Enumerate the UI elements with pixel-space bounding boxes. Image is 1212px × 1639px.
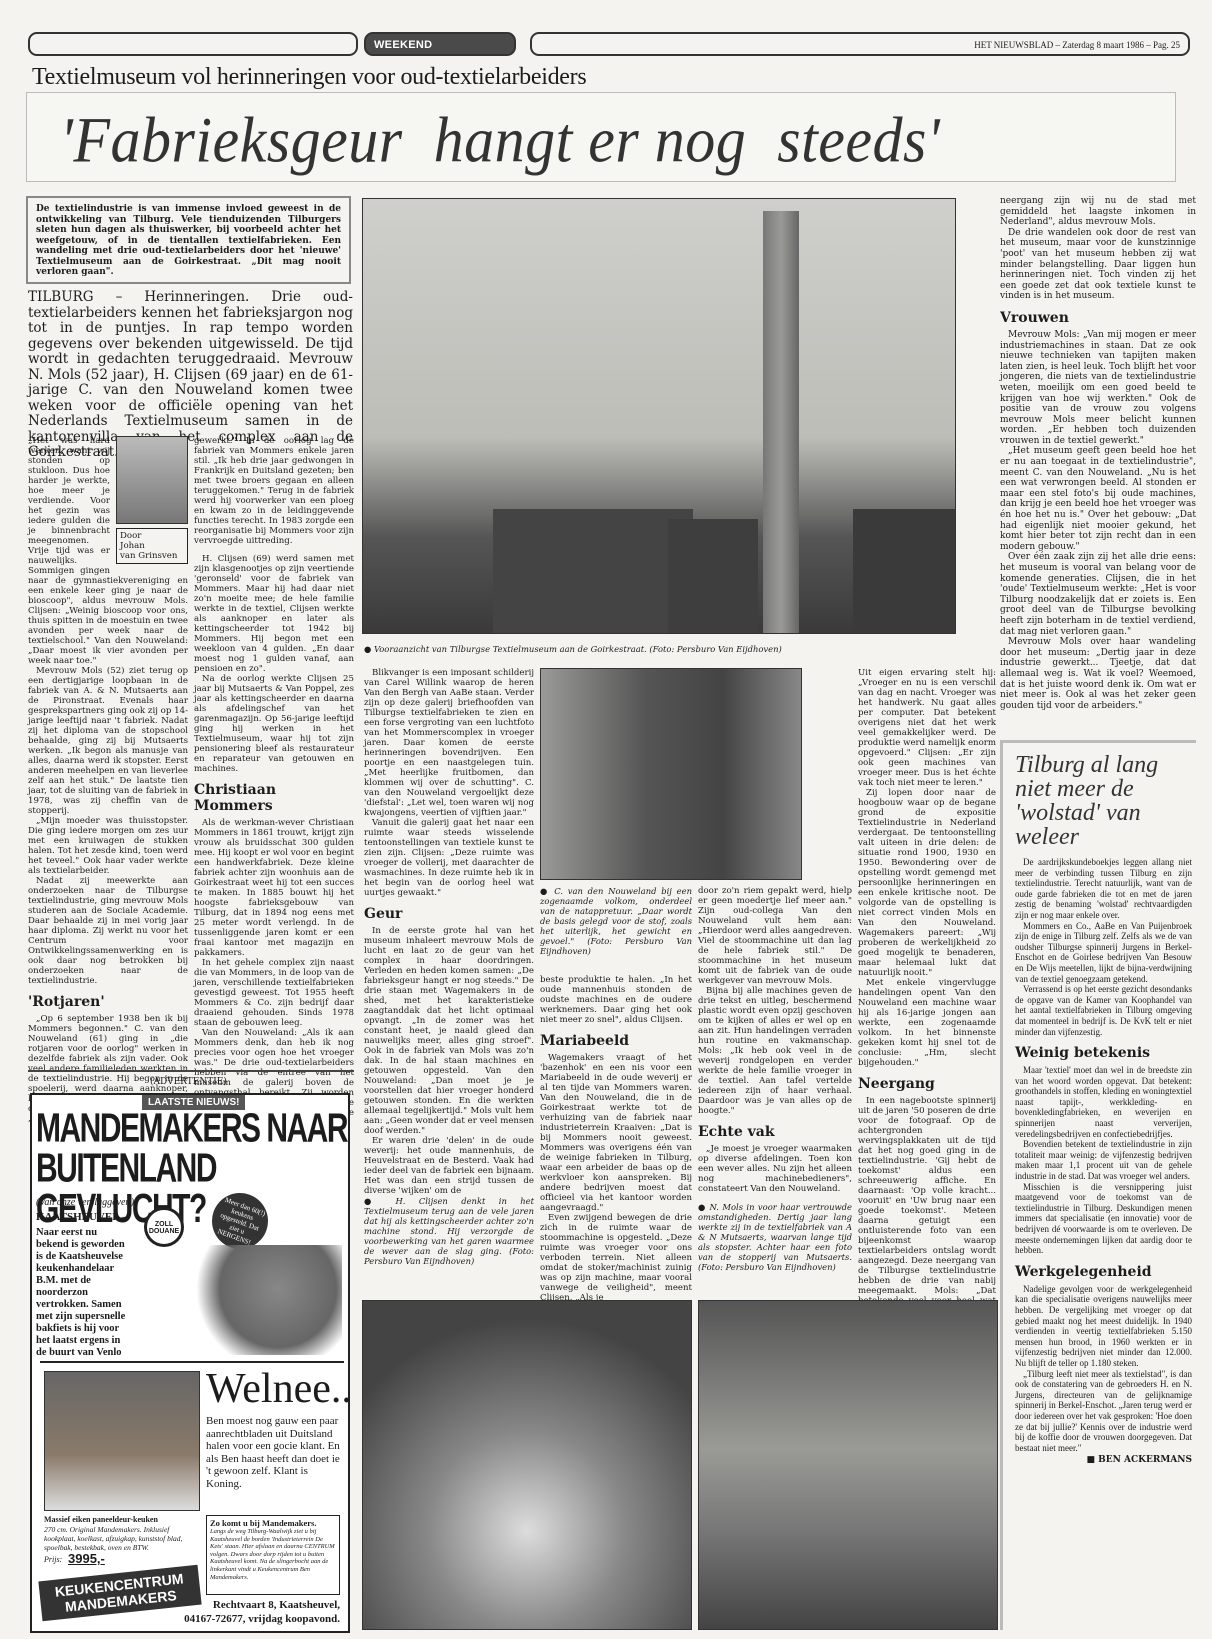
sidebar-paragraph: De aardrijkskundeboekjes leggen allang n…: [1015, 857, 1192, 921]
directions-box: Zo komt u bij Mandemakers. Langs de weg …: [206, 1515, 340, 1595]
sidebar-paragraph: Maar 'textiel' moet dan wel in de breeds…: [1015, 1065, 1192, 1139]
col4-paragraph: Even zwijgend bewegen de drie zich in de…: [540, 1213, 692, 1303]
ad-welnee: Welnee..!: [206, 1369, 350, 1409]
col3-paragraph: In de eerste grote hal van het museum in…: [364, 926, 534, 1136]
ad-banner-line1: MANDEMAKERS NAAR: [36, 1109, 347, 1150]
mols-spinnery-photo: [698, 1300, 998, 1630]
col6-paragraph: Zij lopen door naar de hoogbouw waar op …: [858, 788, 996, 978]
author-photo: [116, 436, 188, 524]
subhead-rotjaren: 'Rotjaren': [28, 994, 188, 1010]
subhead-christiaan-mommers: Christiaan Mommers: [194, 782, 354, 814]
ad-phone: 04167-72677, vrijdag koopavond.: [184, 1613, 340, 1625]
col7-paragraph: Mevrouw Mols over haar wandeling door he…: [1000, 637, 1196, 711]
col4-paragraph: Wagemakers vraagt of het 'bazenhok' en e…: [540, 1053, 692, 1213]
lead-box: De textielindustrie is van immense invlo…: [26, 196, 351, 284]
article-kicker: Textielmuseum vol herinneringen voor oud…: [32, 64, 586, 91]
advert-label: (ADVERTENTIE): [150, 1077, 227, 1087]
col4-paragraph: beste produktie te halen. „In het oude m…: [540, 975, 692, 1025]
keukencentrum-logo[interactable]: KEUKENCENTRUM MANDEMAKERS: [38, 1565, 201, 1622]
sidebar-box: Tilburg al lang niet meer de 'wolstad' v…: [1000, 740, 1196, 1630]
col1-paragraph: „Mijn moeder was thuisstopster. Die ging…: [28, 816, 188, 876]
column-3: Blikvanger is een imposant schilderij va…: [364, 668, 534, 1196]
ad-welnee-text: Ben moest nog gauw een paar aanrechtblad…: [206, 1415, 342, 1490]
author-photo-block: Door Johan van Grinsven: [116, 436, 188, 564]
col5-paragraph: Bijna bij alle machines geven de drie te…: [698, 986, 852, 1116]
section-tab-weekend: WEEKEND: [364, 32, 516, 56]
main-photo-caption: ● Vooraanzicht van Tilburgse Textielmuse…: [364, 644, 954, 654]
price-label: Prijs:: [44, 1555, 62, 1564]
sidebar-paragraph: Nadelige gevolgen voor de werkgelegenhei…: [1015, 1284, 1192, 1369]
col6-paragraph: Uit eigen ervaring stelt hij: „Vroeger e…: [858, 668, 996, 788]
ad-cartoon: [182, 1245, 342, 1355]
col3-paragraph: Blikvanger is een imposant schilderij va…: [364, 668, 534, 818]
sidebar-paragraph: „Tilburg leeft niet meer als textielstad…: [1015, 1369, 1192, 1454]
mandemakers-advertisement[interactable]: LAATSTE NIEUWS! MANDEMAKERS NAAR BUITENL…: [30, 1093, 350, 1633]
masthead-left-box: [28, 32, 358, 56]
col1-paragraph: Nadat zij meewerkte aan onderzoeken naar…: [28, 876, 188, 986]
col2-paragraph: H. Clijsen (69) werd samen met zijn klas…: [194, 554, 354, 674]
directions-title: Zo komt u bij Mandemakers.: [210, 1518, 336, 1528]
sidebar-title: Tilburg al lang niet meer de 'wolstad' v…: [1015, 753, 1192, 849]
col7-paragraph: „Het museum geeft geen beeld hoe het er …: [1000, 446, 1196, 552]
column-2: gewerkt." In de oorlog lag de fabriek va…: [194, 436, 354, 1128]
subhead-geur: Geur: [364, 906, 534, 922]
column-5: door zo'n riem gepakt werd, hielp er gee…: [698, 886, 852, 1272]
kitchen-title: Massief eiken paneeldeur-keuken: [44, 1515, 158, 1524]
museum-front-photo: [362, 198, 956, 634]
ad-dateline: KAATSHEUVEL –: [36, 1211, 127, 1223]
column-4: beste produktie te halen. „In het oude m…: [540, 975, 692, 1303]
subhead-mariabeeld: Mariabeeld: [540, 1033, 692, 1049]
byline: ■ BEN ACKERMANS: [1015, 1455, 1192, 1465]
author-first-name: Johan: [120, 541, 184, 551]
chimney: [763, 211, 799, 634]
building-shape: [493, 509, 693, 634]
kettingscheerder-photo: [362, 1300, 692, 1630]
sidebar-paragraph: Misschien is die versnippering juist maa…: [1015, 1182, 1192, 1256]
sidebar-paragraph: Bovendien betekent de textielindustrie i…: [1015, 1139, 1192, 1181]
building-shape: [853, 509, 956, 634]
col6-paragraph: Met enkele vingervlugge handelingen open…: [858, 978, 996, 1068]
column-1: Door Johan van Grinsven „Het was hard we…: [28, 436, 188, 1124]
author-label: Door: [120, 531, 184, 541]
author-box: Door Johan van Grinsven: [116, 528, 188, 564]
subhead-echte-vak: Echte vak: [698, 1124, 852, 1140]
article-intro: TILBURG – Herinneringen. Drie oud-textie…: [28, 290, 353, 461]
volkom-machine-photo: [540, 668, 802, 880]
mols-photo-caption: ● N. Mols in voor haar vertrouwde omstan…: [698, 1202, 852, 1272]
sidebar-text: De aardrijkskundeboekjes leggen allang n…: [1015, 857, 1192, 1465]
article-headline: 'Fabrieksgeur hangt er nog steeds': [60, 103, 940, 178]
volkom-photo-caption: ● C. van den Nouweland bij een zogenaamd…: [540, 886, 692, 956]
col2-paragraph: gewerkt." In de oorlog lag de fabriek va…: [194, 436, 354, 546]
clijsen-photo-caption: ● H. Clijsen denkt in het Textielmuseum …: [364, 1196, 534, 1266]
col2-paragraph: In het gehele complex zijn naast die van…: [194, 958, 354, 1028]
col5-paragraph: „Je moest je vroeger waarmaken op divers…: [698, 1144, 852, 1194]
page-folio: HET NIEUWSBLAD – Zaterdag 8 maart 1986 –…: [530, 32, 1190, 56]
subhead-vrouwen: Vrouwen: [1000, 310, 1196, 326]
col7-paragraph: De drie wandelen ook door de rest van he…: [1000, 228, 1196, 302]
ad-body: Naar eerst nu bekend is geworden is de K…: [36, 1227, 132, 1357]
sidebar-paragraph: Verrassend is op het eerste gezicht deso…: [1015, 984, 1192, 1037]
lead-text: De textielindustrie is van immense invlo…: [36, 204, 341, 278]
ad-reporter: (Van onze verslaggever.): [36, 1197, 134, 1208]
col1-paragraph: Mevrouw Mols (52) ziet terug op een dert…: [28, 666, 188, 816]
price-value: 3995,-: [68, 1551, 105, 1566]
kitchen-desc: 270 cm. Original Mandemakers. Inklusief …: [44, 1525, 200, 1552]
sidebar-paragraph: Mommers en Co., AaBe en Van Puijenbroek …: [1015, 921, 1192, 985]
col7-paragraph: Mevrouw Mols: „Van mij mogen er meer ind…: [1000, 330, 1196, 447]
zoll-sign-icon: ZOLL DOUANE: [144, 1207, 184, 1247]
col2-paragraph: Na de oorlog werkte Clijsen 25 jaar bij …: [194, 674, 354, 774]
col5-paragraph: door zo'n riem gepakt werd, hielp er gee…: [698, 886, 852, 986]
ad-address: Rechtvaart 8, Kaatsheuvel,: [213, 1599, 340, 1611]
directions-text: Langs de weg Tilburg-Waalwijk ziet u bij…: [210, 1528, 336, 1581]
ad-lower-box: Welnee..! Ben moest nog gauw een paar aa…: [40, 1361, 344, 1629]
subhead-werkgelegenheid: Werkgelegenheid: [1015, 1264, 1192, 1280]
building-shape: [668, 519, 758, 634]
col7-paragraph: neergang zijn wij nu de stad met gemidde…: [1000, 196, 1196, 228]
subhead-neergang: Neergang: [858, 1076, 996, 1092]
col3-paragraph: Er waren drie 'delen' in de oude weverij…: [364, 1136, 534, 1196]
col7-paragraph: Over één zaak zijn zij het alle drie een…: [1000, 552, 1196, 637]
author-last-name: van Grinsven: [120, 551, 184, 561]
col2-paragraph: Als de werkman-wever Christiaan Mommers …: [194, 818, 354, 958]
kitchen-photo: [44, 1371, 200, 1511]
col3-paragraph: Vanuit die galerij gaat het naar een rui…: [364, 818, 534, 898]
column-7: neergang zijn wij nu de stad met gemidde…: [1000, 196, 1196, 711]
advert-divider: [28, 1070, 354, 1072]
subhead-weinig-betekenis: Weinig betekenis: [1015, 1045, 1192, 1061]
